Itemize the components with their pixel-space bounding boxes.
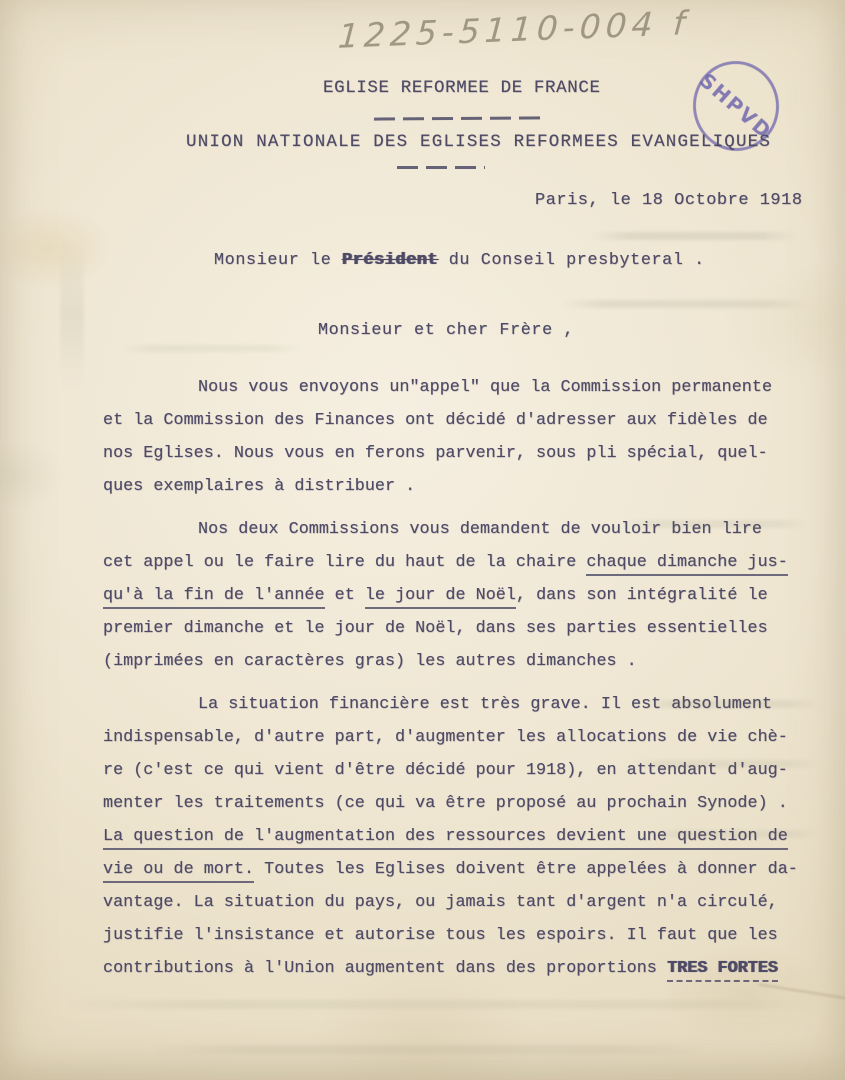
body-text: Nos deux Commissions vous demandent de v…	[198, 520, 762, 539]
org-title-line2: UNION NATIONALE DES EGLISES REFORMEES EV…	[186, 132, 771, 152]
body-line: (imprimées en caractères gras) les autre…	[103, 645, 827, 678]
emphasized-text: La question de l'augmentation des ressou…	[103, 827, 788, 850]
body-text: menter les traitements (ce qui va être p…	[103, 794, 788, 813]
emphasized-text: le jour de Noël	[365, 586, 516, 609]
body-line: ques exemplaires à distribuer .	[103, 470, 827, 503]
paragraph: Nos deux Commissions vous demandent de v…	[103, 513, 827, 678]
body-line: nos Eglises. Nous vous en ferons parveni…	[103, 437, 827, 470]
body-text: premier dimanche et le jour de Noël, dan…	[103, 619, 768, 638]
body-line: qu'à la fin de l'année et le jour de Noë…	[103, 579, 827, 612]
body-line: justifie l'insistance et autorise tous l…	[103, 919, 827, 952]
paragraph: La situation financière est très grave. …	[103, 688, 827, 985]
body-text: cet appel ou le faire lire du haut de la…	[103, 553, 586, 572]
letter-page: 1225-5110-004 f SHPVD EGLISE REFORMEE DE…	[0, 0, 845, 1080]
greeting-line: Monsieur et cher Frère ,	[318, 321, 574, 340]
body-text: et	[325, 586, 365, 605]
body-text: Toutes les Eglises doivent être appelées…	[254, 860, 798, 879]
ink-bleed-smudge	[590, 232, 800, 240]
ink-bleed-smudge	[560, 300, 810, 308]
emphasized-text: vie ou de mort.	[103, 860, 254, 883]
emphasized-text: qu'à la fin de l'année	[103, 586, 325, 609]
body-line: menter les traitements (ce qui va être p…	[103, 787, 827, 820]
ink-bleed-smudge	[60, 240, 84, 390]
ink-bleed-smudge	[120, 345, 300, 352]
body-line: et la Commission des Finances ont décidé…	[103, 404, 827, 437]
body-text: re (c'est ce qui vient d'être décidé pou…	[103, 761, 788, 780]
addressee-prefix: Monsieur le	[214, 251, 342, 270]
body-text: La situation financière est très grave. …	[198, 695, 772, 714]
body-line: cet appel ou le faire lire du haut de la…	[103, 546, 827, 579]
body-line: La question de l'augmentation des ressou…	[103, 820, 827, 853]
body-text: nos Eglises. Nous vous en ferons parveni…	[103, 444, 768, 463]
body-line: Nos deux Commissions vous demandent de v…	[103, 513, 827, 546]
ink-bleed-smudge	[150, 1045, 710, 1054]
dashed-rule	[397, 166, 485, 169]
body-text: contributions à l'Union augmentent dans …	[103, 959, 667, 978]
body-text: ques exemplaires à distribuer .	[103, 477, 415, 496]
body-line: La situation financière est très grave. …	[103, 688, 827, 721]
dateline: Paris, le 18 Octobre 1918	[535, 191, 803, 210]
ink-bleed-smudge	[60, 1000, 820, 1009]
body-line: re (c'est ce qui vient d'être décidé pou…	[103, 754, 827, 787]
body-line: Nous vous envoyons un"appel" que la Comm…	[103, 371, 827, 404]
archive-reference-handwriting: 1225-5110-004 f	[337, 3, 691, 56]
addressee-line: Monsieur le Président du Conseil presbyt…	[214, 251, 705, 270]
addressee-suffix: du Conseil presbyteral .	[438, 251, 705, 270]
emphasized-text: TRES FORTES	[667, 959, 778, 982]
body-text: justifie l'insistance et autorise tous l…	[103, 926, 778, 945]
overstruck-word: Président	[342, 251, 438, 270]
body-line: premier dimanche et le jour de Noël, dan…	[103, 612, 827, 645]
body-text: indispensable, d'autre part, d'augmenter…	[103, 728, 788, 747]
dashed-rule	[374, 116, 546, 120]
letter-body: Nous vous envoyons un"appel" que la Comm…	[103, 371, 827, 995]
body-text: (imprimées en caractères gras) les autre…	[103, 652, 637, 671]
emphasized-text: chaque dimanche jus-	[586, 553, 787, 576]
body-line: vantage. La situation du pays, ou jamais…	[103, 886, 827, 919]
body-line: contributions à l'Union augmentent dans …	[103, 952, 827, 985]
body-text: vantage. La situation du pays, ou jamais…	[103, 893, 778, 912]
body-text: Nous vous envoyons un"appel" que la Comm…	[198, 378, 772, 397]
body-line: indispensable, d'autre part, d'augmenter…	[103, 721, 827, 754]
paragraph: Nous vous envoyons un"appel" que la Comm…	[103, 371, 827, 503]
body-text: , dans son intégralité le	[516, 586, 768, 605]
body-line: vie ou de mort. Toutes les Eglises doive…	[103, 853, 827, 886]
org-title-line1: EGLISE REFORMEE DE FRANCE	[323, 78, 601, 98]
body-text: et la Commission des Finances ont décidé…	[103, 411, 768, 430]
